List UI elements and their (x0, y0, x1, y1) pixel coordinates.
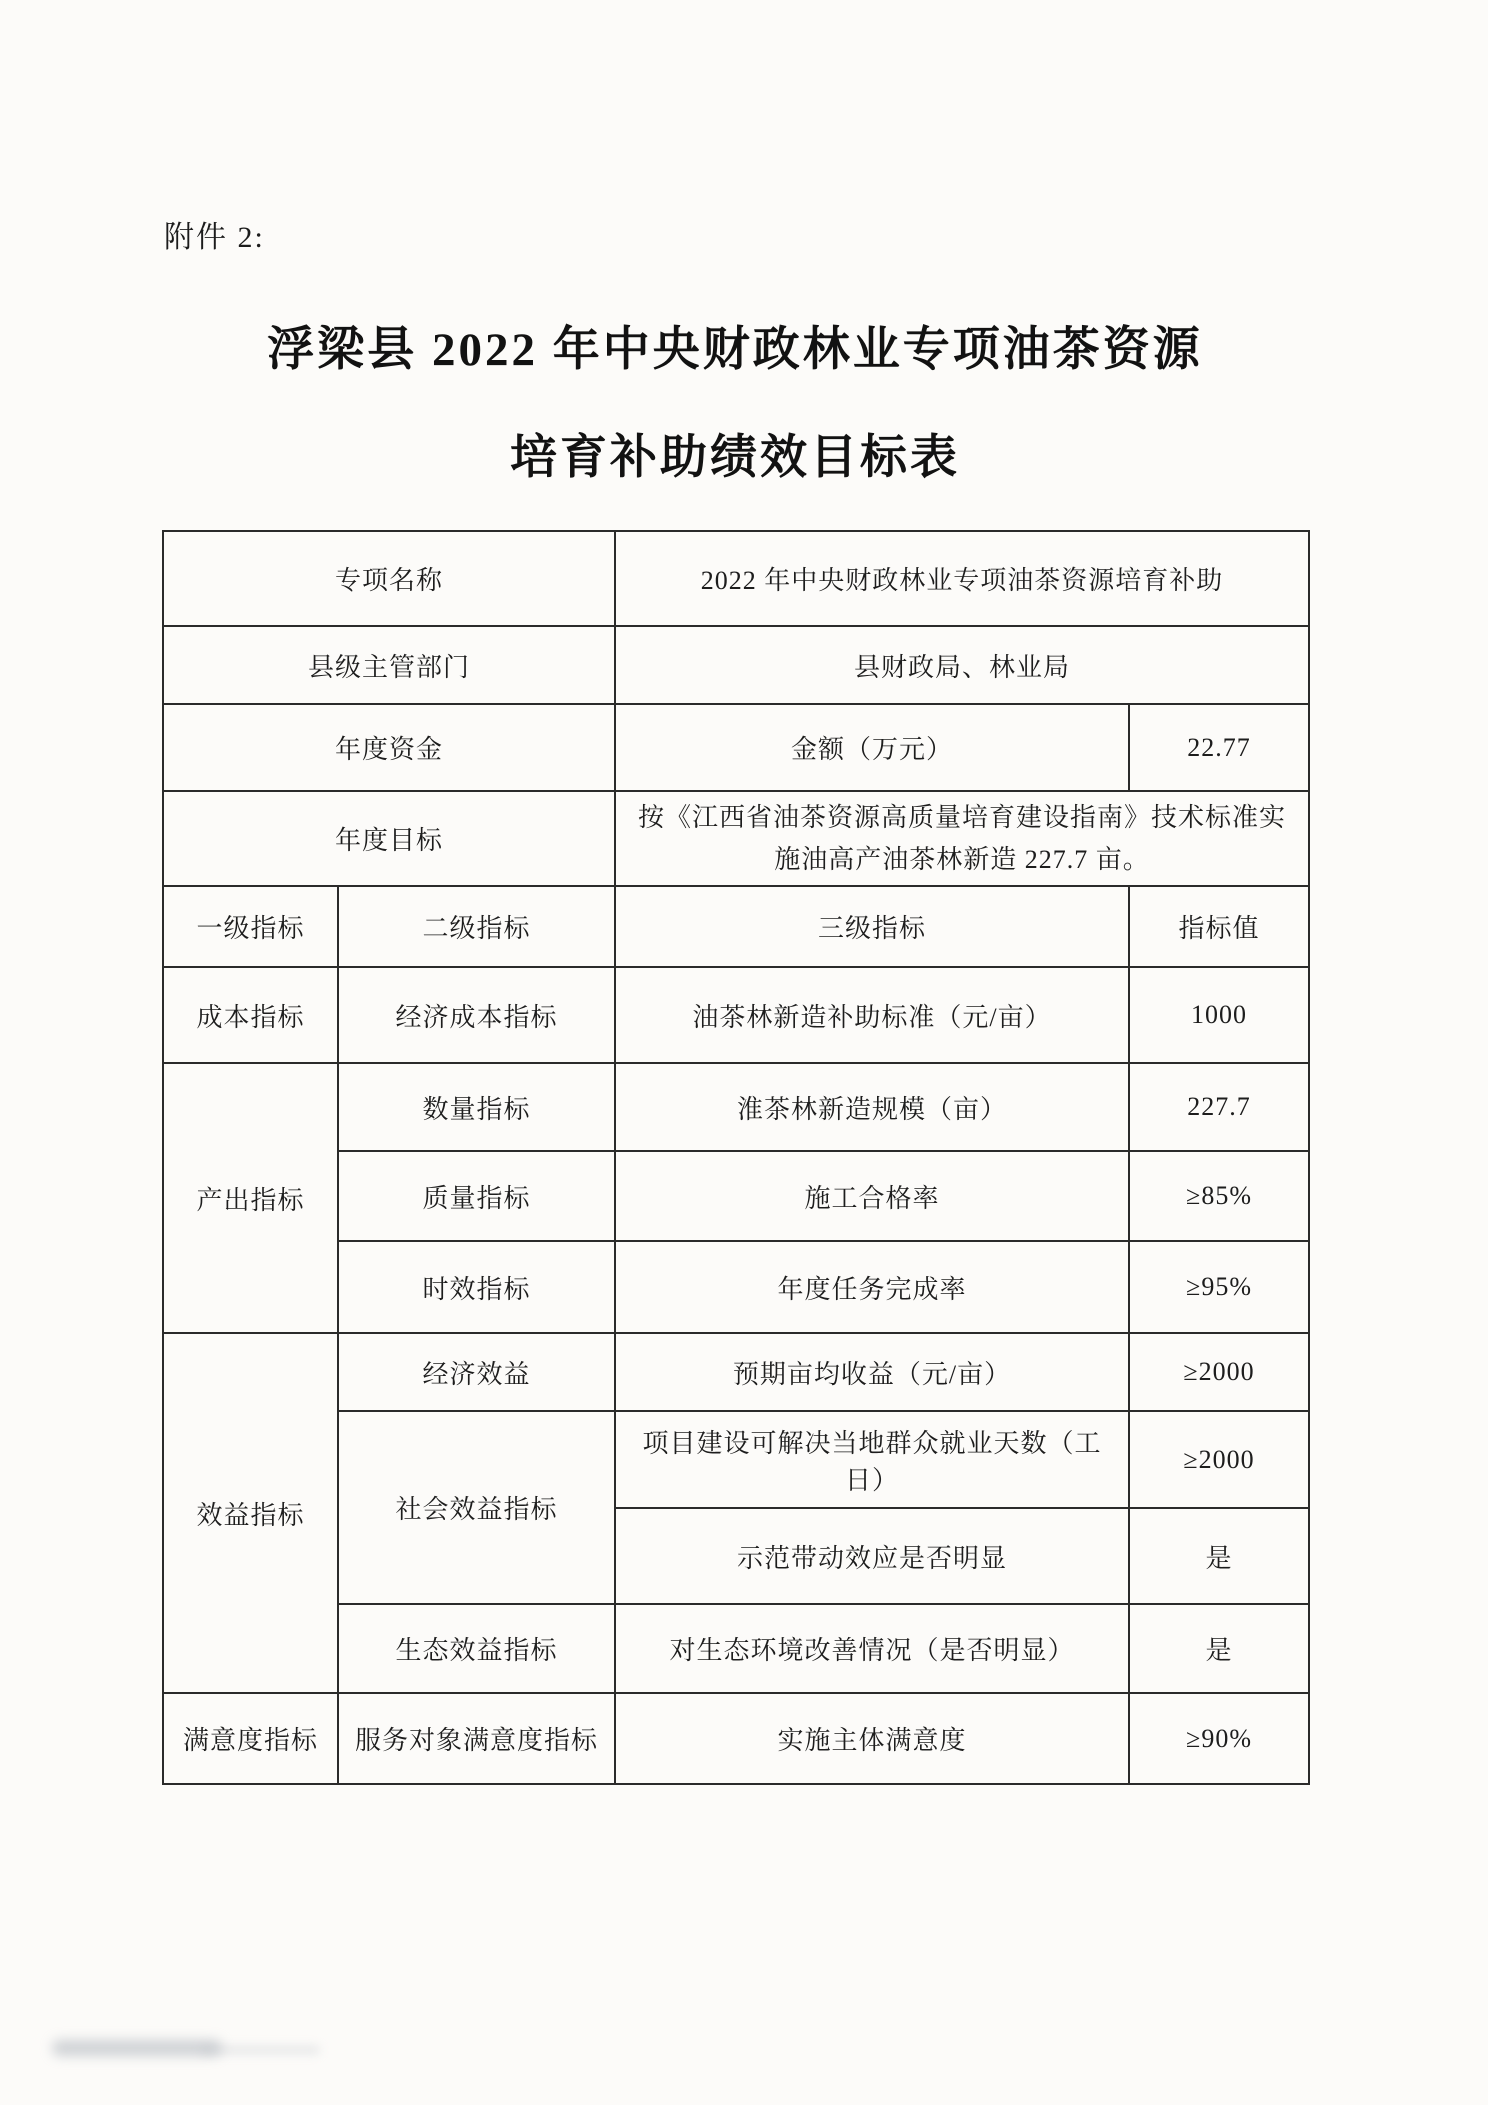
document-title-line2: 培育补助绩效目标表 (162, 420, 1308, 487)
cell-construction-pass-rate: 施工合格率 (615, 1151, 1129, 1241)
cell-annual-fund-amount: 22.77 (1129, 704, 1309, 791)
cell-new-forest-scale: 淮茶林新造规模（亩） (615, 1063, 1129, 1151)
cell-annual-fund-sublabel: 金额（万元） (615, 704, 1129, 791)
cell-implementer-satisfaction-value: ≥90% (1129, 1693, 1309, 1784)
header-value: 指标值 (1129, 886, 1309, 967)
cell-social-benefit-indicator: 社会效益指标 (338, 1411, 615, 1604)
cell-subsidy-standard-value: 1000 (1129, 967, 1309, 1063)
cell-demonstration-effect: 示范带动效应是否明显 (615, 1508, 1129, 1604)
cell-environment-improvement: 对生态环境改善情况（是否明显） (615, 1604, 1129, 1693)
cell-employment-days-value: ≥2000 (1129, 1411, 1309, 1508)
attachment-label: 附件 2: (164, 212, 265, 256)
cell-project-name-label: 专项名称 (163, 531, 615, 626)
cell-output-indicator: 产出指标 (163, 1063, 338, 1333)
cell-project-name-value: 2022 年中央财政林业专项油茶资源培育补助 (615, 531, 1309, 626)
cell-timeliness-indicator: 时效指标 (338, 1241, 615, 1333)
cell-annual-goal-label: 年度目标 (163, 791, 615, 886)
cell-employment-days: 项目建设可解决当地群众就业天数（工日） (615, 1411, 1129, 1508)
header-level3: 三级指标 (615, 886, 1129, 967)
cell-economic-cost-indicator: 经济成本指标 (338, 967, 615, 1063)
cell-new-forest-scale-value: 227.7 (1129, 1063, 1309, 1151)
annual-goal-line2: 施油高产油茶林新造 227.7 亩。 (622, 839, 1302, 881)
cell-benefit-indicator: 效益指标 (163, 1333, 338, 1693)
cell-cost-indicator: 成本指标 (163, 967, 338, 1063)
cell-implementer-satisfaction: 实施主体满意度 (615, 1693, 1129, 1784)
cell-county-dept-value: 县财政局、林业局 (615, 626, 1309, 704)
cell-quantity-indicator: 数量指标 (338, 1063, 615, 1151)
cell-annual-task-completion-value: ≥95% (1129, 1241, 1309, 1333)
cell-annual-goal-value: 按《江西省油茶资源高质量培育建设指南》技术标准实 施油高产油茶林新造 227.7… (615, 791, 1309, 886)
header-level2: 二级指标 (338, 886, 615, 967)
document-title-line1: 浮梁县 2022 年中央财政林业专项油茶资源 (162, 312, 1308, 379)
cell-quality-indicator: 质量指标 (338, 1151, 615, 1241)
cell-county-dept-label: 县级主管部门 (163, 626, 615, 704)
scan-smudge (52, 2040, 222, 2056)
cell-economic-benefit: 经济效益 (338, 1333, 615, 1411)
cell-expected-income: 预期亩均收益（元/亩） (615, 1333, 1129, 1411)
scanned-document-page: 附件 2: 浮梁县 2022 年中央财政林业专项油茶资源 培育补助绩效目标表 专… (0, 0, 1488, 2105)
cell-subsidy-standard: 油茶林新造补助标准（元/亩） (615, 967, 1129, 1063)
cell-expected-income-value: ≥2000 (1129, 1333, 1309, 1411)
cell-service-target-satisfaction: 服务对象满意度指标 (338, 1693, 615, 1784)
cell-construction-pass-rate-value: ≥85% (1129, 1151, 1309, 1241)
cell-demonstration-effect-value: 是 (1129, 1508, 1309, 1604)
cell-annual-fund-label: 年度资金 (163, 704, 615, 791)
performance-target-table: 专项名称 2022 年中央财政林业专项油茶资源培育补助 县级主管部门 县财政局、… (162, 530, 1310, 1785)
annual-goal-line1: 按《江西省油茶资源高质量培育建设指南》技术标准实 (622, 797, 1302, 839)
cell-environment-improvement-value: 是 (1129, 1604, 1309, 1693)
cell-satisfaction-indicator: 满意度指标 (163, 1693, 338, 1784)
cell-ecological-benefit-indicator: 生态效益指标 (338, 1604, 615, 1693)
header-level1: 一级指标 (163, 886, 338, 967)
scan-smudge-light (200, 2046, 320, 2054)
cell-annual-task-completion: 年度任务完成率 (615, 1241, 1129, 1333)
